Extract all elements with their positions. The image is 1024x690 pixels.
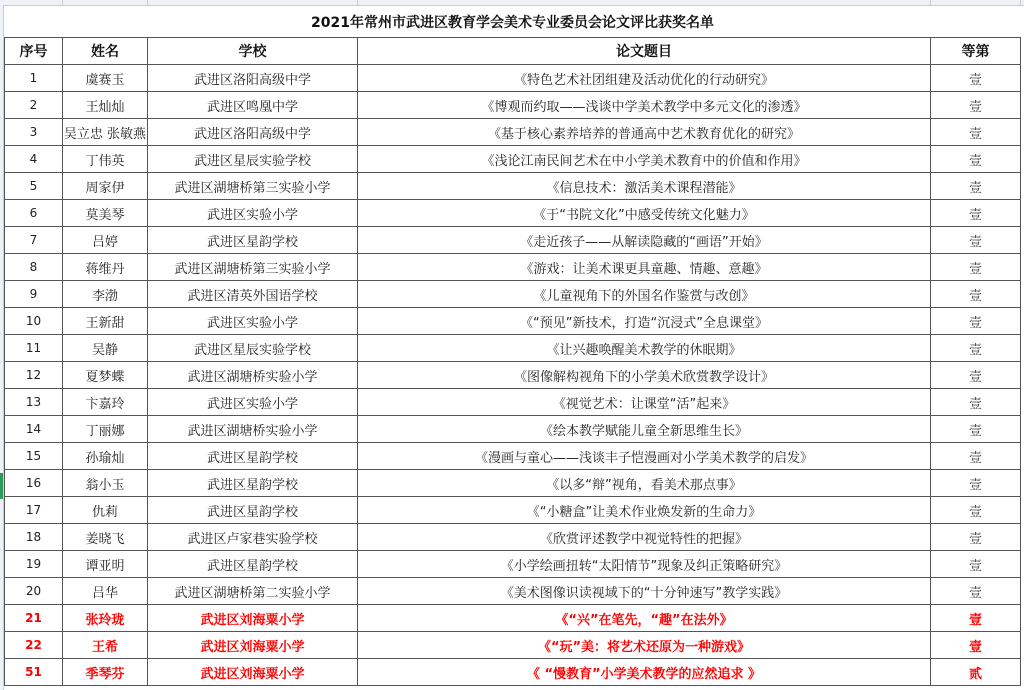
column-letter-d[interactable]: D — [640, 0, 648, 3]
cell-name[interactable]: 王希 — [63, 632, 148, 659]
cell-grade[interactable]: 壹 — [931, 416, 1021, 443]
column-letter-a[interactable]: A — [28, 0, 35, 3]
cell-name[interactable]: 吴静 — [63, 335, 148, 362]
cell-name[interactable]: 吕华 — [63, 578, 148, 605]
cell-school[interactable]: 武进区实验小学 — [148, 389, 358, 416]
cell-paper[interactable]: 《基于核心素养培养的普通高中艺术教育优化的研究》 — [358, 119, 931, 146]
cell-school[interactable]: 武进区湖塘桥第二实验小学 — [148, 578, 358, 605]
cell-name[interactable]: 李渤 — [63, 281, 148, 308]
cell-no[interactable]: 18 — [5, 524, 63, 551]
cell-name[interactable]: 张玲珑 — [63, 605, 148, 632]
table-row: 20 吕华 武进区湖塘桥第二实验小学 《美术图像识读视域下的“十分钟速写”教学实… — [5, 578, 1021, 605]
cell-name[interactable]: 虞赛玉 — [63, 65, 148, 92]
cell-school[interactable]: 武进区洛阳高级中学 — [148, 119, 358, 146]
cell-grade[interactable]: 壹 — [931, 470, 1021, 497]
cell-paper[interactable]: 《走近孩子——从解读隐藏的“画语”开始》 — [358, 227, 931, 254]
table-row: 2 王灿灿 武进区鸣凰中学 《博观而约取——浅谈中学美术教学中多元文化的渗透》 … — [5, 92, 1021, 119]
column-letter-b[interactable]: B — [100, 0, 107, 3]
cell-name[interactable]: 翁小玉 — [63, 470, 148, 497]
cell-no[interactable]: 6 — [5, 200, 63, 227]
cell-school[interactable]: 武进区鸣凰中学 — [148, 92, 358, 119]
column-letter-c[interactable]: C — [248, 0, 255, 3]
cell-name[interactable]: 仇莉 — [63, 497, 148, 524]
cell-name[interactable]: 莫美琴 — [63, 200, 148, 227]
cell-name[interactable]: 吕婷 — [63, 227, 148, 254]
cell-paper[interactable]: 《儿童视角下的外国名作鉴赏与改创》 — [358, 281, 931, 308]
cell-school[interactable]: 武进区星韵学校 — [148, 443, 358, 470]
cell-grade[interactable]: 壹 — [931, 92, 1021, 119]
cell-school[interactable]: 武进区湖塘桥第三实验小学 — [148, 254, 358, 281]
table-row: 18 姜晓飞 武进区卢家巷实验学校 《欣赏评述教学中视觉特性的把握》 壹 — [5, 524, 1021, 551]
cell-no[interactable]: 3 — [5, 119, 63, 146]
table-row: 3 吴立忠 张敏燕 武进区洛阳高级中学 《基于核心素养培养的普通高中艺术教育优化… — [5, 119, 1021, 146]
cell-grade[interactable]: 贰 — [931, 659, 1021, 686]
cell-no[interactable]: 5 — [5, 173, 63, 200]
cell-grade[interactable]: 壹 — [931, 227, 1021, 254]
cell-school[interactable]: 武进区星韵学校 — [148, 497, 358, 524]
cell-school[interactable]: 武进区星韵学校 — [148, 551, 358, 578]
cell-paper[interactable]: 《视觉艺术：让课堂“活”起来》 — [358, 389, 931, 416]
cell-grade[interactable]: 壹 — [931, 362, 1021, 389]
cell-grade[interactable]: 壹 — [931, 524, 1021, 551]
spreadsheet-grid[interactable]: 2021年常州市武进区教育学会美术专业委员会论文评比获奖名单 序号 姓名 学校 … — [4, 6, 1021, 686]
table-row: 17 仇莉 武进区星韵学校 《“小糖盒”让美术作业焕发新的生命力》 壹 — [5, 497, 1021, 524]
cell-grade[interactable]: 壹 — [931, 443, 1021, 470]
cell-no[interactable]: 11 — [5, 335, 63, 362]
cell-grade[interactable]: 壹 — [931, 119, 1021, 146]
cell-paper[interactable]: 《博观而约取——浅谈中学美术教学中多元文化的渗透》 — [358, 92, 931, 119]
cell-paper[interactable]: 《游戏：让美术课更具童趣、情趣、意趣》 — [358, 254, 931, 281]
column-letter-e[interactable]: E — [972, 0, 978, 3]
cell-grade[interactable]: 壹 — [931, 200, 1021, 227]
header-name[interactable]: 姓名 — [63, 38, 148, 65]
cell-paper[interactable]: 《于“书院文化”中感受传统文化魅力》 — [358, 200, 931, 227]
cell-school[interactable]: 武进区湖塘桥第三实验小学 — [148, 173, 358, 200]
cell-no[interactable]: 14 — [5, 416, 63, 443]
table-row: 51 季琴芬 武进区刘海粟小学 《 “慢教育”小学美术教学的应然追求 》 贰 — [5, 659, 1021, 686]
cell-no[interactable]: 20 — [5, 578, 63, 605]
cell-no[interactable]: 7 — [5, 227, 63, 254]
cell-no[interactable]: 8 — [5, 254, 63, 281]
cell-grade[interactable]: 壹 — [931, 497, 1021, 524]
cell-grade[interactable]: 壹 — [931, 281, 1021, 308]
table-row: 1 虞赛玉 武进区洛阳高级中学 《特色艺术社团组建及活动优化的行动研究》 壹 — [5, 65, 1021, 92]
cell-no[interactable]: 15 — [5, 443, 63, 470]
cell-no[interactable]: 51 — [5, 659, 63, 686]
table-row: 14 丁丽娜 武进区湖塘桥实验小学 《绘本教学赋能儿童全新思维生长》 壹 — [5, 416, 1021, 443]
cell-name[interactable]: 周家伊 — [63, 173, 148, 200]
cell-no[interactable]: 9 — [5, 281, 63, 308]
header-no[interactable]: 序号 — [5, 38, 63, 65]
cell-grade[interactable]: 壹 — [931, 551, 1021, 578]
cell-grade[interactable]: 壹 — [931, 605, 1021, 632]
cell-school[interactable]: 武进区洛阳高级中学 — [148, 65, 358, 92]
cell-paper[interactable]: 《漫画与童心——浅谈丰子恺漫画对小学美术教学的启发》 — [358, 443, 931, 470]
cell-school[interactable]: 武进区星辰实验学校 — [148, 146, 358, 173]
cell-no[interactable]: 2 — [5, 92, 63, 119]
table-row: 7 吕婷 武进区星韵学校 《走近孩子——从解读隐藏的“画语”开始》 壹 — [5, 227, 1021, 254]
cell-paper[interactable]: 《“预见”新技术，打造“沉浸式”全息课堂》 — [358, 308, 931, 335]
table-row: 6 莫美琴 武进区实验小学 《于“书院文化”中感受传统文化魅力》 壹 — [5, 200, 1021, 227]
cell-grade[interactable]: 壹 — [931, 632, 1021, 659]
table-row: 4 丁伟英 武进区星辰实验学校 《浅论江南民间艺术在中小学美术教育中的价值和作用… — [5, 146, 1021, 173]
table-row: 11 吴静 武进区星辰实验学校 《让兴趣唤醒美术教学的休眠期》 壹 — [5, 335, 1021, 362]
cell-paper[interactable]: 《以多“辩”视角，看美术那点事》 — [358, 470, 931, 497]
selected-row-indicator — [0, 473, 3, 499]
cell-name[interactable]: 王新甜 — [63, 308, 148, 335]
cell-grade[interactable]: 壹 — [931, 173, 1021, 200]
cell-paper[interactable]: 《信息技术：激活美术课程潜能》 — [358, 173, 931, 200]
table-row: 9 李渤 武进区清英外国语学校 《儿童视角下的外国名作鉴赏与改创》 壹 — [5, 281, 1021, 308]
header-grade[interactable]: 等第 — [931, 38, 1021, 65]
cell-school[interactable]: 武进区实验小学 — [148, 308, 358, 335]
cell-no[interactable]: 17 — [5, 497, 63, 524]
cell-school[interactable]: 武进区清英外国语学校 — [148, 281, 358, 308]
cell-name[interactable]: 丁丽娜 — [63, 416, 148, 443]
cell-paper[interactable]: 《 “慢教育”小学美术教学的应然追求 》 — [358, 659, 931, 686]
table-row: 21 张玲珑 武进区刘海粟小学 《“兴”在笔先，“趣”在法外》 壹 — [5, 605, 1021, 632]
cell-school[interactable]: 武进区刘海粟小学 — [148, 605, 358, 632]
cell-name[interactable]: 季琴芬 — [63, 659, 148, 686]
cell-paper[interactable]: 《“玩”美：将艺术还原为一种游戏》 — [358, 632, 931, 659]
cell-no[interactable]: 19 — [5, 551, 63, 578]
cell-paper[interactable]: 《浅论江南民间艺术在中小学美术教育中的价值和作用》 — [358, 146, 931, 173]
cell-name[interactable]: 蒋维丹 — [63, 254, 148, 281]
cell-paper[interactable]: 《图像解构视角下的小学美术欣赏教学设计》 — [358, 362, 931, 389]
cell-grade[interactable]: 壹 — [931, 65, 1021, 92]
cell-school[interactable]: 武进区星辰实验学校 — [148, 335, 358, 362]
cell-name[interactable]: 卞嘉玲 — [63, 389, 148, 416]
cell-paper[interactable]: 《特色艺术社团组建及活动优化的行动研究》 — [358, 65, 931, 92]
cell-no[interactable]: 21 — [5, 605, 63, 632]
cell-school[interactable]: 武进区湖塘桥实验小学 — [148, 362, 358, 389]
cell-no[interactable]: 4 — [5, 146, 63, 173]
cell-name[interactable]: 吴立忠 张敏燕 — [63, 119, 148, 146]
cell-no[interactable]: 22 — [5, 632, 63, 659]
cell-school[interactable]: 武进区星韵学校 — [148, 470, 358, 497]
cell-name[interactable]: 王灿灿 — [63, 92, 148, 119]
table-row: 5 周家伊 武进区湖塘桥第三实验小学 《信息技术：激活美术课程潜能》 壹 — [5, 173, 1021, 200]
cell-paper[interactable]: 《“小糖盒”让美术作业焕发新的生命力》 — [358, 497, 931, 524]
cell-no[interactable]: 16 — [5, 470, 63, 497]
cell-grade[interactable]: 壹 — [931, 335, 1021, 362]
header-row: 序号 姓名 学校 论文题目 等第 — [5, 38, 1021, 65]
header-school[interactable]: 学校 — [148, 38, 358, 65]
cell-grade[interactable]: 壹 — [931, 389, 1021, 416]
cell-grade[interactable]: 壹 — [931, 308, 1021, 335]
table-row: 12 夏梦蝶 武进区湖塘桥实验小学 《图像解构视角下的小学美术欣赏教学设计》 壹 — [5, 362, 1021, 389]
table-row: 19 谭亚明 武进区星韵学校 《小学绘画扭转“太阳情节”现象及纠正策略研究》 壹 — [5, 551, 1021, 578]
cell-no[interactable]: 10 — [5, 308, 63, 335]
cell-grade[interactable]: 壹 — [931, 254, 1021, 281]
cell-school[interactable]: 武进区刘海粟小学 — [148, 632, 358, 659]
cell-paper[interactable]: 《小学绘画扭转“太阳情节”现象及纠正策略研究》 — [358, 551, 931, 578]
cell-school[interactable]: 武进区星韵学校 — [148, 227, 358, 254]
cell-grade[interactable]: 壹 — [931, 578, 1021, 605]
cell-school[interactable]: 武进区卢家巷实验学校 — [148, 524, 358, 551]
table-row: 10 王新甜 武进区实验小学 《“预见”新技术，打造“沉浸式”全息课堂》 壹 — [5, 308, 1021, 335]
cell-paper[interactable]: 《“兴”在笔先，“趣”在法外》 — [358, 605, 931, 632]
cell-paper[interactable]: 《美术图像识读视域下的“十分钟速写”教学实践》 — [358, 578, 931, 605]
cell-school[interactable]: 武进区湖塘桥实验小学 — [148, 416, 358, 443]
cell-no[interactable]: 1 — [5, 65, 63, 92]
cell-name[interactable]: 丁伟英 — [63, 146, 148, 173]
cell-paper[interactable]: 《让兴趣唤醒美术教学的休眠期》 — [358, 335, 931, 362]
cell-no[interactable]: 13 — [5, 389, 63, 416]
cell-name[interactable]: 谭亚明 — [63, 551, 148, 578]
cell-name[interactable]: 孙瑜灿 — [63, 443, 148, 470]
cell-school[interactable]: 武进区刘海粟小学 — [148, 659, 358, 686]
cell-paper[interactable]: 《欣赏评述教学中视觉特性的把握》 — [358, 524, 931, 551]
table-row: 8 蒋维丹 武进区湖塘桥第三实验小学 《游戏：让美术课更具童趣、情趣、意趣》 壹 — [5, 254, 1021, 281]
cell-no[interactable]: 12 — [5, 362, 63, 389]
cell-paper[interactable]: 《绘本教学赋能儿童全新思维生长》 — [358, 416, 931, 443]
table-row: 13 卞嘉玲 武进区实验小学 《视觉艺术：让课堂“活”起来》 壹 — [5, 389, 1021, 416]
sheet-title[interactable]: 2021年常州市武进区教育学会美术专业委员会论文评比获奖名单 — [5, 6, 1021, 38]
cell-grade[interactable]: 壹 — [931, 146, 1021, 173]
cell-school[interactable]: 武进区实验小学 — [148, 200, 358, 227]
table-row: 15 孙瑜灿 武进区星韵学校 《漫画与童心——浅谈丰子恺漫画对小学美术教学的启发… — [5, 443, 1021, 470]
cell-name[interactable]: 夏梦蝶 — [63, 362, 148, 389]
cell-name[interactable]: 姜晓飞 — [63, 524, 148, 551]
table-row: 22 王希 武进区刘海粟小学 《“玩”美：将艺术还原为一种游戏》 壹 — [5, 632, 1021, 659]
header-paper[interactable]: 论文题目 — [358, 38, 931, 65]
table-row: 16 翁小玉 武进区星韵学校 《以多“辩”视角，看美术那点事》 壹 — [5, 470, 1021, 497]
